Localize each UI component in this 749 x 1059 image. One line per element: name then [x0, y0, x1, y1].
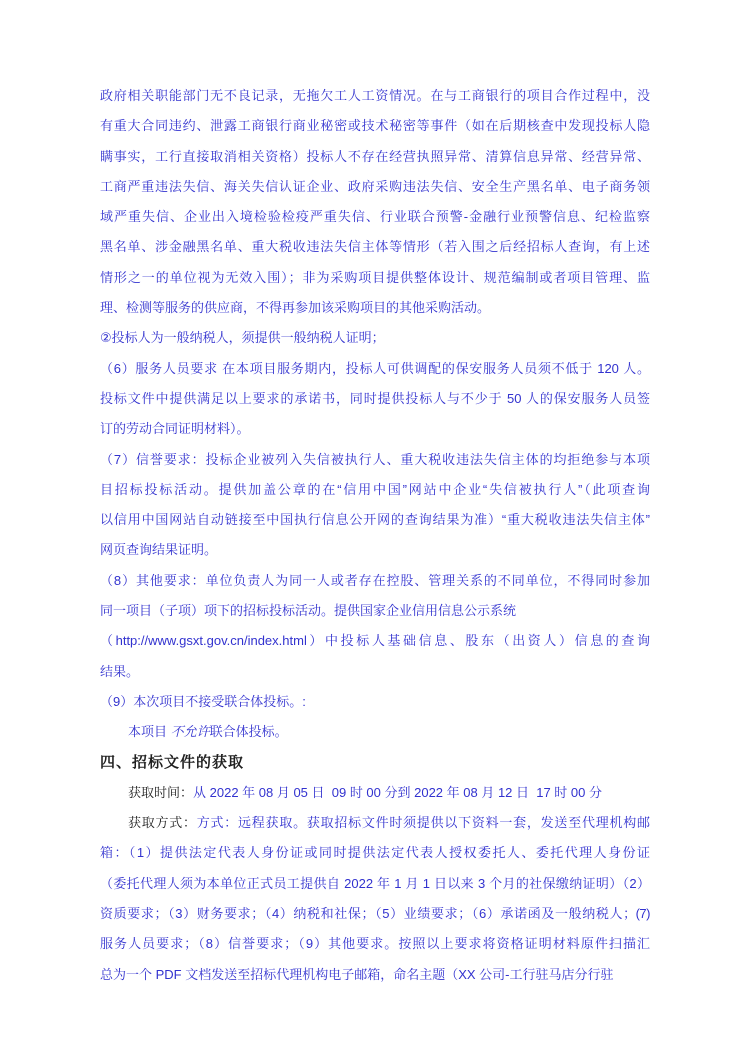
paragraph-line: 服务人员要求；（8）信誉要求；（9）其他要求。按照以上要求将资格证明材料原件扫描… [100, 929, 650, 959]
text-segment: 情形之一的单位视为无效入围）；非为采购项目提供整体设计、规范编制或者项目管理、监 [100, 270, 650, 285]
text-segment: 以信用中国网站自动链接至中国执行信息公开网的查询结果为准）“重大税收违法失信主体… [100, 512, 650, 527]
text-segment: 瞒事实，工行直接取消相关资格）投标人不存在经营执照异常、清算信息异常、经营异常、 [100, 149, 650, 164]
text-segment: （8）其他要求：单位负责人为同一人或者存在控股、管理关系的不同单位，不得同时参加 [100, 573, 650, 588]
text-segment: （9）本次项目不接受联合体投标。: [100, 694, 306, 709]
paragraph-line: 资质要求；（3）财务要求；（4）纳税和社保；（5）业绩要求；（6）承诺函及一般纳… [100, 899, 650, 929]
paragraph-line: （6）服务人员要求 在本项目服务期内，投标人可供调配的保安服务人员须不低于 12… [100, 354, 650, 384]
text-segment: ②投标人为一般纳税人，须提供一般纳税人证明； [100, 330, 385, 345]
text-segment: 有重大合同违约、泄露工商银行商业秘密或技术秘密等事件（如在后期核查中发现投标人隐 [100, 118, 650, 133]
text-segment: 网页查询结果证明。 [100, 542, 217, 557]
paragraph-line: 有重大合同违约、泄露工商银行商业秘密或技术秘密等事件（如在后期核查中发现投标人隐 [100, 111, 650, 141]
paragraph-line: （8）其他要求：单位负责人为同一人或者存在控股、管理关系的不同单位，不得同时参加 [100, 566, 650, 596]
text-segment: 方式：远程获取。获取招标文件时须提供以下资料一套，发送至代理机构邮 [197, 815, 650, 830]
paragraph-line: 本项目 不允许联合体投标。 [100, 717, 650, 747]
paragraph-line: 同一项目（子项）项下的招标投标活动。提供国家企业信用信息公示系统 [100, 596, 650, 626]
text-segment: （6）服务人员要求 在本项目服务期内，投标人可供调配的保安服务人员须不低于 12… [100, 361, 650, 376]
paragraph-line: 黑名单、涉金融黑名单、重大税收违法失信主体等情形（若入围之后经招标人查询，有上述 [100, 232, 650, 262]
paragraph-line: 获取时间：从 2022 年 08 月 05 日 09 时 00 分到 2022 … [100, 778, 650, 808]
text-segment: （7）信誉要求：投标企业被列入失信被执行人、重大税收违法失信主体的均拒绝参与本项 [100, 452, 650, 467]
paragraph-line: 情形之一的单位视为无效入围）；非为采购项目提供整体设计、规范编制或者项目管理、监 [100, 263, 650, 293]
text-segment: 域严重失信、企业出入境检验检疫严重失信、行业联合预警-金融行业预警信息、纪检监察 [100, 209, 650, 224]
document-page: 政府相关职能部门无不良记录，无拖欠工人工资情况。在与工商银行的项目合作过程中，没… [0, 0, 749, 1059]
text-segment: 箱：（1）提供法定代表人身份证或同时提供法定代表人授权委托人、委托代理人身份证 [100, 845, 650, 860]
text-segment: 联合体投标。 [210, 724, 288, 739]
paragraph-line: 总为一个 PDF 文档发送至招标代理机构电子邮箱，命名主题（XX 公司-工行驻马… [100, 960, 650, 990]
text-segment: 结果。 [100, 664, 139, 679]
paragraph-line: （9）本次项目不接受联合体投标。: [100, 687, 650, 717]
paragraph-line: 瞒事实，工行直接取消相关资格）投标人不存在经营执照异常、清算信息异常、经营异常、 [100, 142, 650, 172]
text-segment: 总为一个 PDF 文档发送至招标代理机构电子邮箱，命名主题（XX 公司-工行驻马… [100, 967, 614, 982]
paragraph-line: 订的劳动合同证明材料）。 [100, 414, 650, 444]
text-segment: 理、检测等服务的供应商，不得再参加该采购项目的其他采购活动。 [100, 300, 490, 315]
paragraph-line: 域严重失信、企业出入境检验检疫严重失信、行业联合预警-金融行业预警信息、纪检监察 [100, 202, 650, 232]
text-segment: 订的劳动合同证明材料）。 [100, 421, 250, 436]
section-heading: 四、招标文件的获取 [100, 748, 650, 778]
paragraph-line: 以信用中国网站自动链接至中国执行信息公开网的查询结果为准）“重大税收违法失信主体… [100, 505, 650, 535]
paragraph-line: 政府相关职能部门无不良记录，无拖欠工人工资情况。在与工商银行的项目合作过程中，没 [100, 81, 650, 111]
text-segment: 工商严重违法失信、海关失信认证企业、政府采购违法失信、安全生产黑名单、电子商务领 [100, 179, 650, 194]
text-segment: 投标文件中提供满足以上要求的承诺书，同时提供投标人与不少于 50 人的保安服务人… [100, 391, 650, 406]
paragraph-line: （委托代理人须为本单位正式员工提供自 2022 年 1 月 1 日以来 3 个月… [100, 869, 650, 899]
paragraph-line: 结果。 [100, 657, 650, 687]
text-segment: 黑名单、涉金融黑名单、重大税收违法失信主体等情形（若入围之后经招标人查询，有上述 [100, 239, 650, 254]
text-segment: 服务人员要求；（8）信誉要求；（9）其他要求。按照以上要求将资格证明材料原件扫描… [100, 936, 650, 951]
text-segment: 政府相关职能部门无不良记录，无拖欠工人工资情况。在与工商银行的项目合作过程中，没 [100, 88, 650, 103]
paragraph-line: 工商严重违法失信、海关失信认证企业、政府采购违法失信、安全生产黑名单、电子商务领 [100, 172, 650, 202]
text-segment: （http://www.gsxt.gov.cn/index.html）中投标人基… [100, 633, 650, 648]
paragraph-line: 投标文件中提供满足以上要求的承诺书，同时提供投标人与不少于 50 人的保安服务人… [100, 384, 650, 414]
text-segment: 从 2022 年 08 月 05 日 09 时 00 分到 2022 年 08 … [193, 785, 602, 800]
document-body: 政府相关职能部门无不良记录，无拖欠工人工资情况。在与工商银行的项目合作过程中，没… [100, 81, 650, 990]
paragraph-line: 网页查询结果证明。 [100, 535, 650, 565]
text-segment: 同一项目（子项）项下的招标投标活动。提供国家企业信用信息公示系统 [100, 603, 516, 618]
paragraph-line: （7）信誉要求：投标企业被列入失信被执行人、重大税收违法失信主体的均拒绝参与本项 [100, 445, 650, 475]
paragraph-line: ②投标人为一般纳税人，须提供一般纳税人证明； [100, 323, 650, 353]
text-segment: 本项目 [128, 724, 171, 739]
text-segment: 四、招标文件的获取 [100, 754, 244, 771]
text-segment: 不允许 [171, 724, 210, 739]
text-segment: （委托代理人须为本单位正式员工提供自 2022 年 1 月 1 日以来 3 个月… [100, 876, 650, 891]
paragraph-line: 目招标投标活动。提供加盖公章的在“信用中国”网站中企业“失信被执行人”（此项查询 [100, 475, 650, 505]
paragraph-line: （http://www.gsxt.gov.cn/index.html）中投标人基… [100, 626, 650, 656]
text-segment: 获取时间： [128, 785, 193, 800]
text-segment: 获取方式： [128, 815, 197, 830]
paragraph-line: 箱：（1）提供法定代表人身份证或同时提供法定代表人授权委托人、委托代理人身份证 [100, 838, 650, 868]
paragraph-line: 理、检测等服务的供应商，不得再参加该采购项目的其他采购活动。 [100, 293, 650, 323]
text-segment: 目招标投标活动。提供加盖公章的在“信用中国”网站中企业“失信被执行人”（此项查询 [100, 482, 650, 497]
text-segment: 资质要求；（3）财务要求；（4）纳税和社保；（5）业绩要求；（6）承诺函及一般纳… [100, 906, 650, 921]
paragraph-line: 获取方式：方式：远程获取。获取招标文件时须提供以下资料一套，发送至代理机构邮 [100, 808, 650, 838]
